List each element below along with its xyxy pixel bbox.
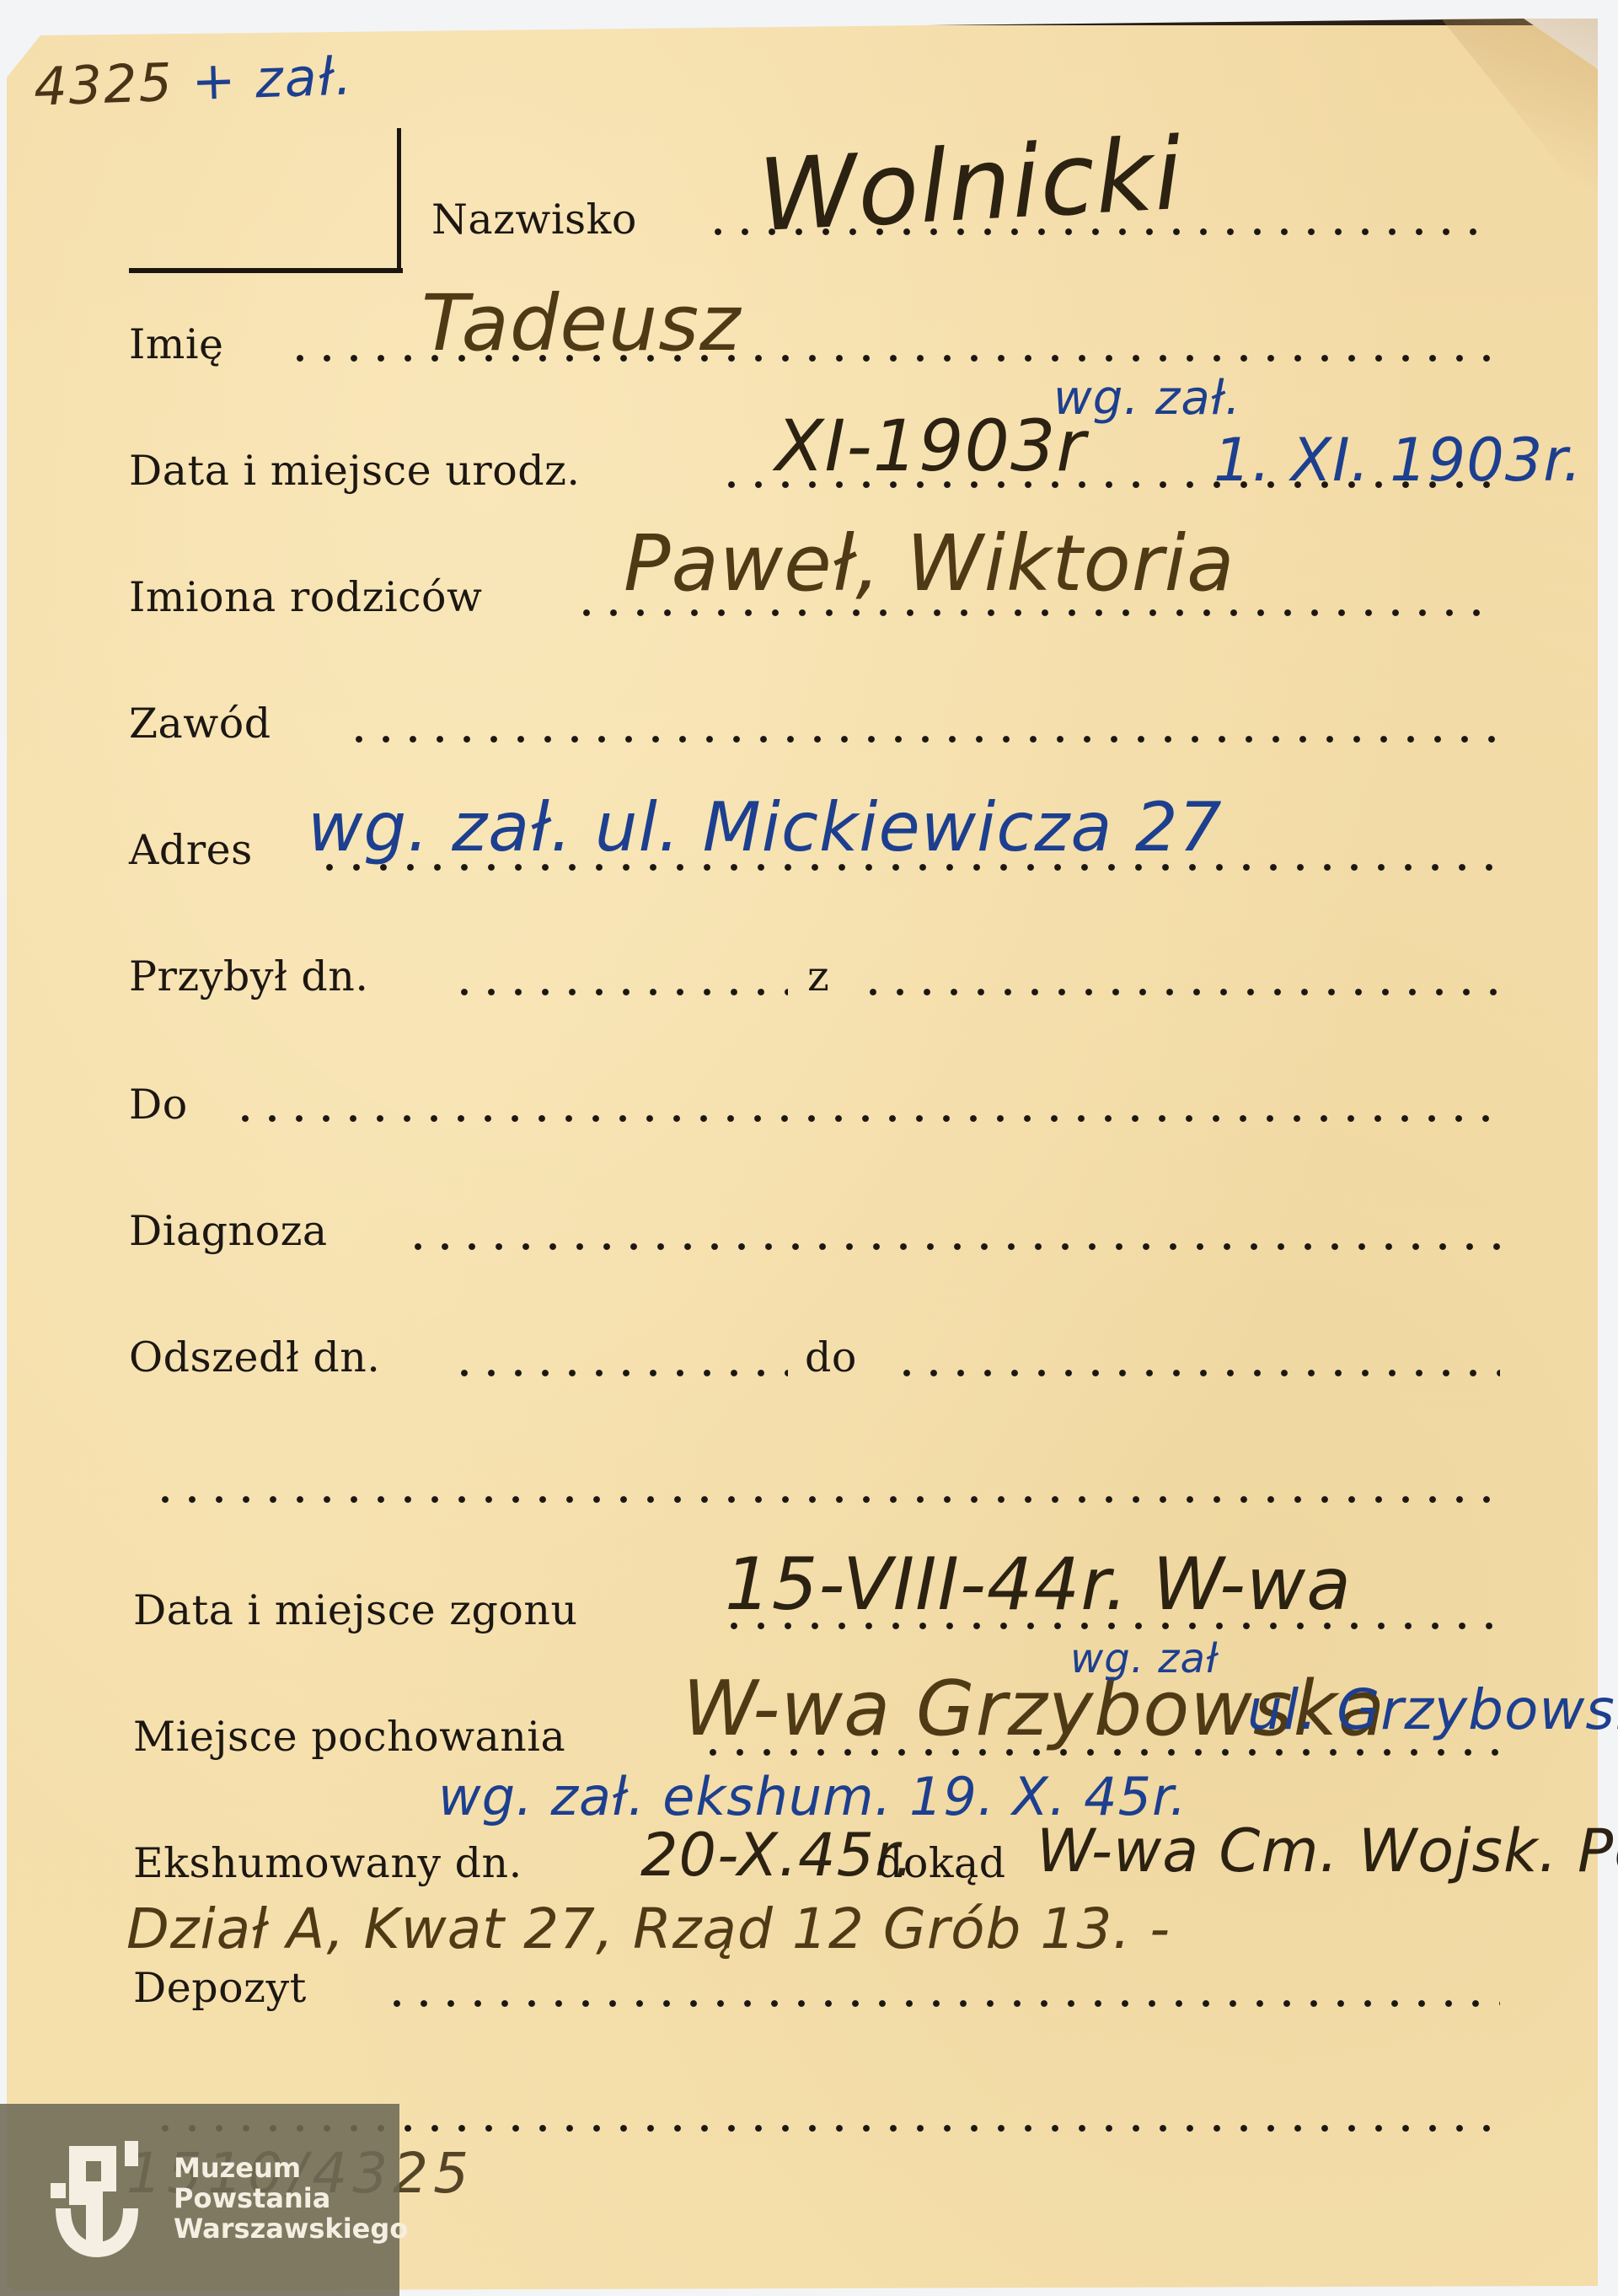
death-value: 15-VIII-44r. W-wa (725, 1542, 1352, 1627)
blank-dotted-line (152, 1495, 1500, 1504)
birth-annotation-value: 1. XI. 1903r. (1213, 426, 1583, 495)
exhumed-destination-value: W-wa Cm. Wojsk. Powązki (1037, 1816, 1618, 1886)
exhumed-label: Ekshumowany dn. (133, 1839, 522, 1887)
left-to-label: do (805, 1333, 857, 1381)
card-number: 4325 + zał. (33, 45, 355, 117)
arrived-label: Przybył dn. (129, 952, 368, 1000)
to-label: Do (129, 1081, 188, 1129)
burial-annotation-value: ul. Grzybowska 25 (1247, 1677, 1618, 1742)
watermark-line-1: Muzeum (174, 2153, 408, 2183)
parents-label: Imiona rodziców (129, 573, 483, 621)
death-label: Data i miejsce zgonu (133, 1586, 578, 1634)
surname-label: Nazwisko (431, 196, 637, 244)
photo-box-border-horizontal (129, 268, 403, 273)
left-to-dotted-line (893, 1369, 1500, 1377)
exhumed-grave-location: Dział A, Kwat 27, Rząd 12 Grób 13. - (126, 1896, 1171, 1961)
deposit-label: Depozyt (133, 1964, 307, 2012)
surname-value: Wolnicki (756, 115, 1186, 254)
watermark-line-2: Powstania (174, 2183, 408, 2213)
arrived-from-dotted-line (860, 988, 1500, 996)
first-name-value: Tadeusz (421, 278, 741, 368)
diagnosis-label: Diagnoza (129, 1207, 328, 1255)
museum-watermark: Muzeum Powstania Warszawskiego (0, 2104, 399, 2296)
parents-value: Paweł, Wiktoria (624, 518, 1235, 609)
card-number-value: 4325 (33, 51, 174, 118)
kotwica-anchor-logo-icon (51, 2141, 143, 2259)
left-label: Odszedł dn. (129, 1333, 380, 1381)
birth-label: Data i miejsce urodz. (129, 447, 580, 495)
photo-box-border-vertical (397, 128, 401, 270)
card-number-annotation: + zał. (190, 45, 354, 112)
profession-label: Zawód (129, 700, 271, 748)
arrived-from-label: z (807, 952, 829, 1000)
birth-annotation-source: wg. zał. (1053, 371, 1241, 426)
parents-dotted-line (573, 609, 1500, 617)
exhumed-date-value: 20-X.45r. (640, 1821, 914, 1890)
burial-label: Miejsce pochowania (133, 1713, 565, 1761)
birth-value: XI-1903r (775, 405, 1086, 487)
left-dotted-line (451, 1369, 788, 1377)
address-label: Adres (129, 826, 253, 874)
profession-dotted-line (346, 735, 1500, 743)
exhumed-destination-label: dokąd (876, 1839, 1006, 1887)
address-value: wg. zał. ul. Mickiewicza 27 (308, 788, 1223, 866)
deposit-dotted-line (383, 1999, 1500, 2008)
arrived-dotted-line (451, 988, 788, 996)
first-name-label: Imię (129, 320, 224, 368)
diagnosis-dotted-line (404, 1242, 1500, 1251)
burial-annotation-source: wg. zał (1070, 1635, 1219, 1682)
to-dotted-line (232, 1114, 1500, 1123)
watermark-line-3: Warszawskiego (174, 2213, 408, 2244)
